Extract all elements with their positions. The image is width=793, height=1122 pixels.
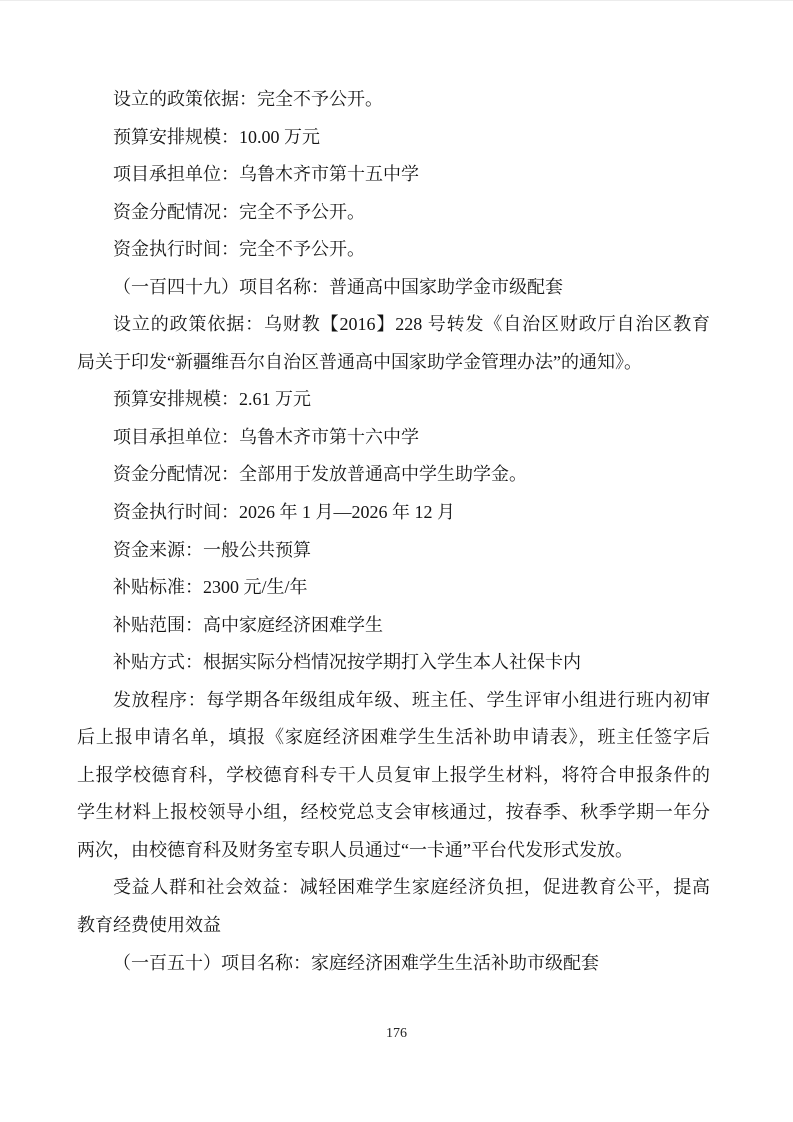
- text-line: 项目承担单位：乌鲁木齐市第十六中学: [77, 419, 710, 457]
- text-line: 受益人群和社会效益：减轻困难学生家庭经济负担，促进教育公平，提高: [77, 869, 710, 907]
- text-line: 设立的政策依据：乌财教【2016】228 号转发《自治区财政厅自治区教育: [77, 306, 710, 344]
- text-line: 资金执行时间：完全不予公开。: [77, 231, 710, 269]
- text-line: 两次，由校德育科及财务室专职人员通过“一卡通”平台代发形式发放。: [77, 832, 710, 870]
- document-page: 设立的政策依据：完全不予公开。预算安排规模：10.00 万元项目承担单位：乌鲁木…: [0, 0, 793, 1122]
- text-line: 资金执行时间：2026 年 1 月—2026 年 12 月: [77, 494, 710, 532]
- text-line: 项目承担单位：乌鲁木齐市第十五中学: [77, 156, 710, 194]
- text-line: （一百五十）项目名称：家庭经济困难学生生活补助市级配套: [77, 945, 710, 983]
- text-line: 预算安排规模：2.61 万元: [77, 381, 710, 419]
- text-line: 预算安排规模：10.00 万元: [77, 119, 710, 157]
- text-line: 补贴标准：2300 元/生/年: [77, 569, 710, 607]
- text-line: 资金来源：一般公共预算: [77, 532, 710, 570]
- text-line: （一百四十九）项目名称：普通高中国家助学金市级配套: [77, 269, 710, 307]
- text-line: 补贴方式：根据实际分档情况按学期打入学生本人社保卡内: [77, 644, 710, 682]
- text-line: 教育经费使用效益: [77, 907, 710, 945]
- document-body: 设立的政策依据：完全不予公开。预算安排规模：10.00 万元项目承担单位：乌鲁木…: [77, 81, 710, 982]
- text-line: 上报学校德育科，学校德育科专干人员复审上报学生材料，将符合申报条件的: [77, 757, 710, 795]
- page-number: 176: [0, 1024, 793, 1044]
- text-line: 设立的政策依据：完全不予公开。: [77, 81, 710, 119]
- text-line: 学生材料上报校领导小组，经校党总支会审核通过，按春季、秋季学期一年分: [77, 794, 710, 832]
- text-line: 发放程序：每学期各年级组成年级、班主任、学生评审小组进行班内初审: [77, 682, 710, 720]
- text-line: 资金分配情况：完全不予公开。: [77, 194, 710, 232]
- text-line: 局关于印发“新疆维吾尔自治区普通高中国家助学金管理办法”的通知》。: [77, 344, 710, 382]
- text-line: 后上报申请名单，填报《家庭经济困难学生生活补助申请表》，班主任签字后: [77, 719, 710, 757]
- text-line: 补贴范围：高中家庭经济困难学生: [77, 607, 710, 645]
- text-line: 资金分配情况：全部用于发放普通高中学生助学金。: [77, 456, 710, 494]
